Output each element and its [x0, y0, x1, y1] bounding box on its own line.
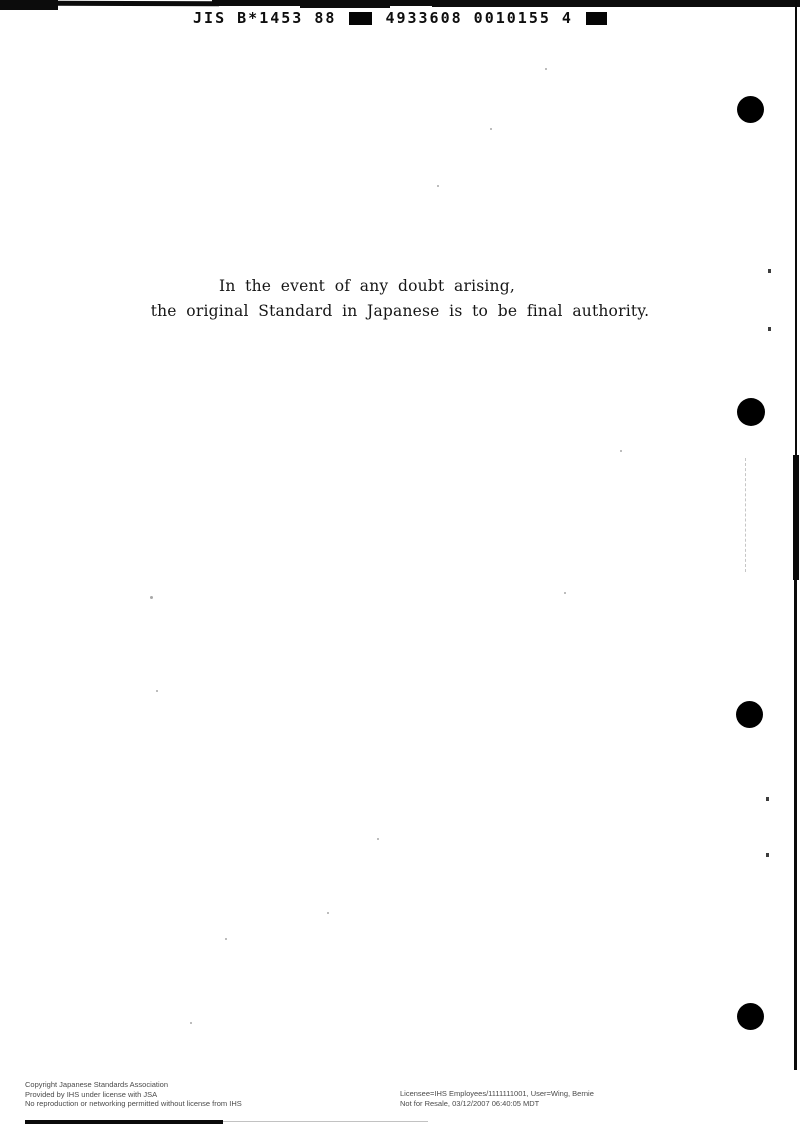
notice-line-1: In the event of any doubt arising,	[0, 274, 767, 299]
registration-dot	[737, 96, 764, 123]
margin-tick-mark	[768, 327, 771, 331]
scan-edge-right	[793, 455, 799, 580]
scan-edge-segment	[300, 4, 390, 8]
license-notice: Licensee=IHS Employees/1111111001, User=…	[400, 1089, 594, 1108]
notice-line-2: the original Standard in Japanese is to …	[0, 299, 800, 324]
scan-speck	[327, 912, 329, 914]
copyright-line: Copyright Japanese Standards Association	[25, 1080, 242, 1090]
page-header: JIS B*1453 88 4933608 0010155 4	[0, 9, 800, 27]
scan-edge-segment	[54, 1, 219, 6]
scanned-document-page: { "document": { "header": { "standard_co…	[0, 0, 800, 1125]
scan-speck	[150, 596, 153, 599]
registration-dot	[737, 398, 765, 426]
document-number: 4933608 0010155 4	[385, 9, 573, 27]
license-line: Not for Resale, 03/12/2007 06:40:05 MDT	[400, 1099, 594, 1109]
fold-dashed-line	[745, 458, 746, 572]
scan-speck	[620, 450, 622, 452]
copyright-line: Provided by IHS under license with JSA	[25, 1090, 242, 1100]
scan-edge-bottom-faint	[223, 1121, 428, 1122]
registration-dot	[736, 701, 763, 728]
margin-tick-mark	[766, 853, 769, 857]
scan-speck	[545, 68, 547, 70]
registration-dot	[737, 1003, 764, 1030]
scan-speck	[190, 1022, 192, 1024]
standard-code: JIS B*1453 88	[193, 9, 336, 27]
scan-edge-segment	[432, 0, 800, 7]
barcode-block-icon	[586, 12, 607, 25]
scan-speck	[437, 185, 439, 187]
license-line: Licensee=IHS Employees/1111111001, User=…	[400, 1089, 594, 1099]
scan-speck	[156, 690, 158, 692]
margin-tick-mark	[768, 269, 771, 273]
doubt-notice: In the event of any doubt arising, the o…	[0, 274, 800, 324]
copyright-line: No reproduction or networking permitted …	[25, 1099, 242, 1109]
scan-speck	[225, 938, 227, 940]
scan-edge-bottom	[25, 1120, 223, 1124]
copyright-notice: Copyright Japanese Standards Association…	[25, 1080, 242, 1109]
scan-edge-right	[795, 0, 797, 455]
scan-edge-right	[794, 580, 797, 1070]
barcode-block-icon	[349, 12, 372, 25]
scan-speck	[377, 838, 379, 840]
margin-tick-mark	[766, 797, 769, 801]
scan-speck	[564, 592, 566, 594]
scan-speck	[490, 128, 492, 130]
